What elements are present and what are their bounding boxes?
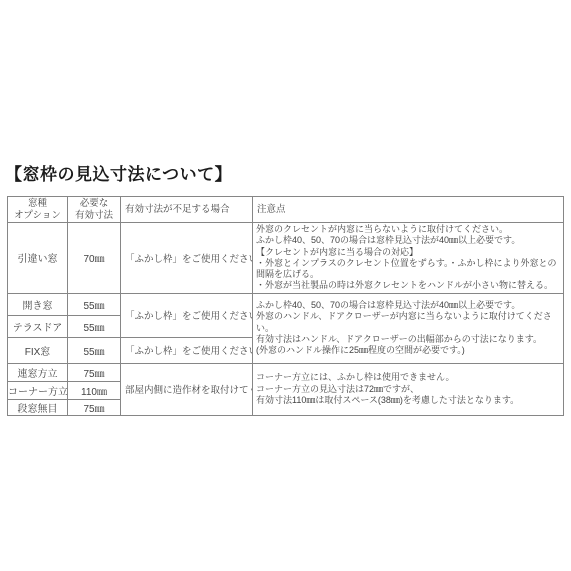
- cell-required-dimension: 110㎜: [68, 381, 121, 399]
- cell-insufficient-case: 「ふかし枠」をご使用ください。: [121, 223, 253, 294]
- cell-notes: コーナー方立には、ふかし枠は使用できません。 コーナー方立の見込寸法は72㎜です…: [253, 363, 564, 415]
- cell-required-dimension: 75㎜: [68, 363, 121, 381]
- header-notes: 注意点: [253, 197, 564, 223]
- header-window-type: 窓種 オプション: [8, 197, 68, 223]
- window-frame-spec-table: 窓種 オプション 必要な 有効寸法 有効寸法が不足する場合 注意点 引違い窓 7…: [7, 196, 564, 416]
- table-row-hiraki-mado: 開き窓 55㎜ 「ふかし枠」をご使用ください。 ふかし枠40、50、70の場合は…: [8, 293, 564, 315]
- table-row-rensou-hodate: 連窓方立 75㎜ 部屋内側に造作材を取付けてください。 コーナー方立には、ふかし…: [8, 363, 564, 381]
- header-insufficient-case: 有効寸法が不足する場合: [121, 197, 253, 223]
- cell-window-type: 引違い窓: [8, 223, 68, 294]
- cell-required-dimension: 55㎜: [68, 337, 121, 363]
- cell-required-dimension: 75㎜: [68, 399, 121, 415]
- cell-insufficient-case: 部屋内側に造作材を取付けてください。: [121, 363, 253, 415]
- cell-notes: 外窓のクレセントが内窓に当らないように取付けてください。 ふかし枠40、50、7…: [253, 223, 564, 294]
- cell-insufficient-case: 「ふかし枠」をご使用ください。: [121, 337, 253, 363]
- table-header-row: 窓種 オプション 必要な 有効寸法 有効寸法が不足する場合 注意点: [8, 197, 564, 223]
- cell-window-type: 段窓無目: [8, 399, 68, 415]
- table-row-hikichigai-mado: 引違い窓 70㎜ 「ふかし枠」をご使用ください。 外窓のクレセントが内窓に当らな…: [8, 223, 564, 294]
- cell-notes: ふかし枠40、50、70の場合は窓枠見込寸法が40㎜以上必要です。 外窓のハンド…: [253, 293, 564, 363]
- cell-window-type: コーナー方立: [8, 381, 68, 399]
- cell-window-type: 連窓方立: [8, 363, 68, 381]
- header-required-dimension: 必要な 有効寸法: [68, 197, 121, 223]
- cell-window-type: 開き窓: [8, 293, 68, 315]
- cell-required-dimension: 55㎜: [68, 293, 121, 315]
- cell-window-type: テラスドア: [8, 315, 68, 337]
- cell-window-type: FIX窓: [8, 337, 68, 363]
- cell-insufficient-case: 「ふかし枠」をご使用ください。: [121, 293, 253, 337]
- cell-required-dimension: 70㎜: [68, 223, 121, 294]
- cell-required-dimension: 55㎜: [68, 315, 121, 337]
- page-title: 【窓枠の見込寸法について】: [5, 160, 232, 185]
